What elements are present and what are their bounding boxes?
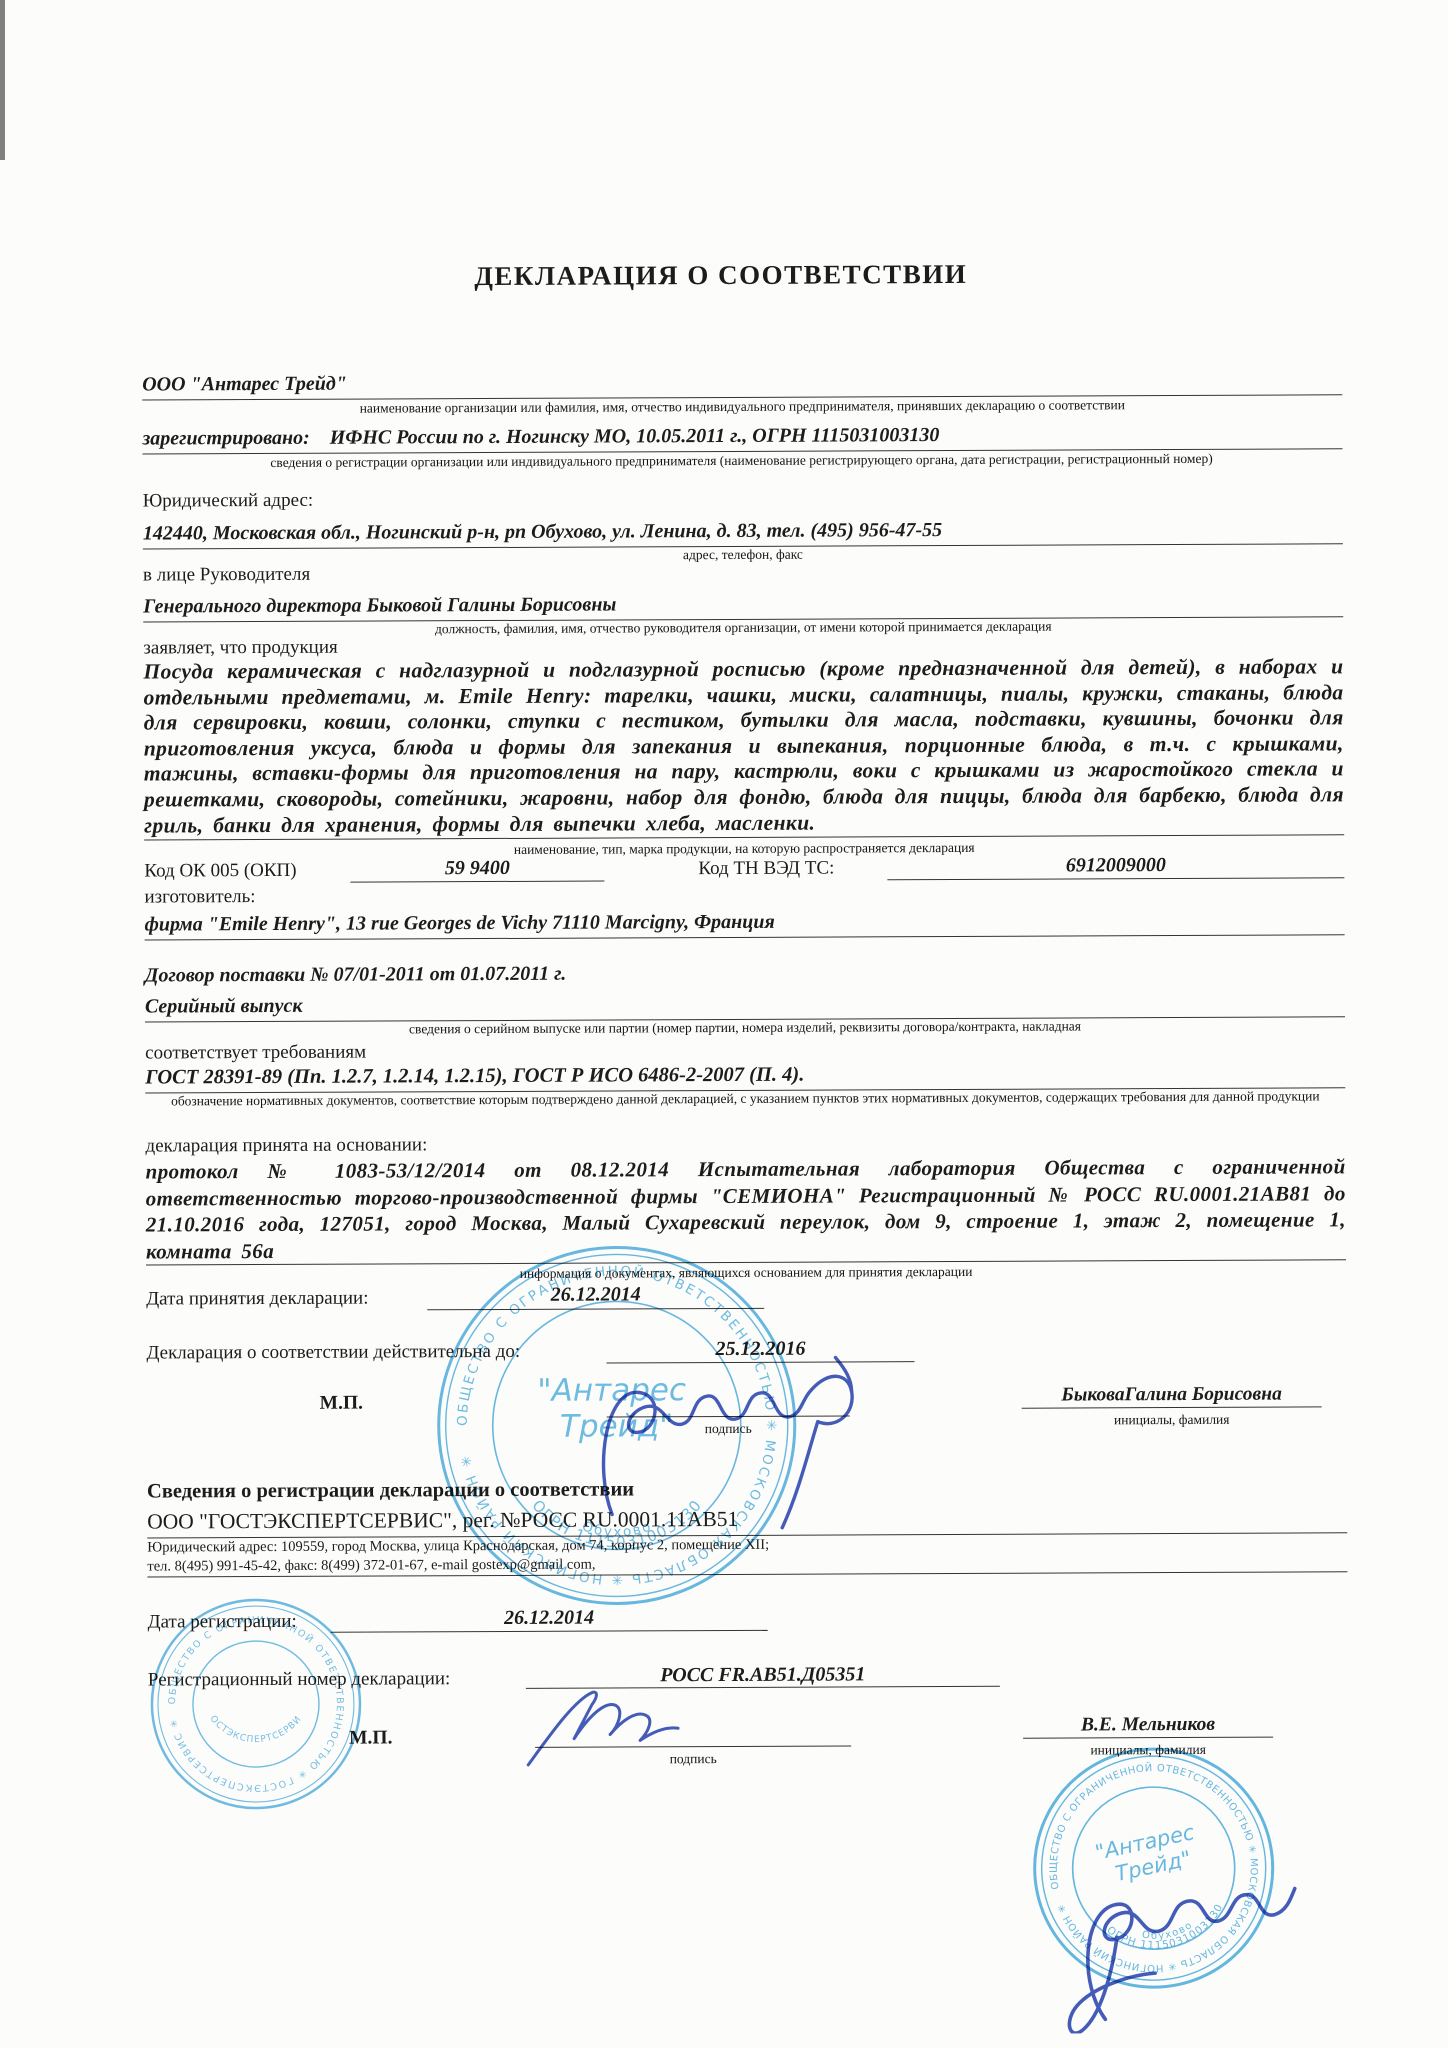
registrar-signature bbox=[518, 1672, 728, 1778]
conforms-label: соответствует требованиям bbox=[145, 1042, 366, 1065]
okp-code-value: 59 9400 bbox=[350, 855, 604, 883]
manufacturer-label: изготовитель: bbox=[144, 886, 255, 908]
signer-caption-1: инициалы, фамилия bbox=[1022, 1410, 1322, 1428]
basis-label: декларация принята на основании: bbox=[145, 1134, 427, 1157]
registrar-stamp: ОБЩЕСТВО С ОГРАНИЧЕННОЙ ОТВЕТСТВЕННОСТЬЮ… bbox=[147, 1596, 364, 1813]
registered-caption: сведения о регистрации организации или и… bbox=[258, 450, 1226, 471]
signer-name-1: БыковаГалина Борисовна bbox=[1022, 1381, 1322, 1408]
stamp-place-label-1: М.П. bbox=[320, 1393, 363, 1415]
director-signature bbox=[589, 1331, 880, 1537]
legal-address-label: Юридический адрес: bbox=[143, 490, 314, 513]
in-person-label: в лице Руководителя bbox=[143, 564, 310, 587]
declaration-document: ДЕКЛАРАЦИЯ О СООТВЕТСТВИИ ООО "Антарес Т… bbox=[0, 0, 1448, 2048]
document-content: ДЕКЛАРАЦИЯ О СООТВЕТСТВИИ ООО "Антарес Т… bbox=[0, 0, 1448, 2048]
stamp-signature bbox=[1038, 1822, 1309, 2033]
tnved-code-label: Код ТН ВЭД ТС: bbox=[698, 858, 834, 881]
product-description: Посуда керамическая с надглазурной и под… bbox=[143, 654, 1344, 840]
supply-contract-line: Договор поставки № 07/01-2011 от 01.07.2… bbox=[145, 963, 567, 988]
registered-value: ИФНС России по г. Ногинску МО, 10.05.201… bbox=[330, 424, 940, 450]
declares-label: заявляет, что продукция bbox=[143, 637, 337, 660]
adoption-date-label: Дата принятия декларации: bbox=[146, 1288, 368, 1311]
registered-line: зарегистрировано: ИФНС России по г. Ноги… bbox=[142, 415, 1342, 454]
manufacturer-line: фирма "Emile Henry", 13 rue Georges de V… bbox=[144, 903, 1344, 940]
declarant-name-line: ООО "Антарес Трейд" bbox=[142, 355, 1342, 400]
registered-label: зарегистрировано: bbox=[142, 427, 309, 451]
tnved-code-value: 6912009000 bbox=[887, 851, 1344, 880]
document-title: ДЕКЛАРАЦИЯ О СООТВЕТСТВИИ bbox=[0, 257, 1445, 294]
okp-code-label: Код ОК 005 (ОКП) bbox=[144, 860, 296, 883]
